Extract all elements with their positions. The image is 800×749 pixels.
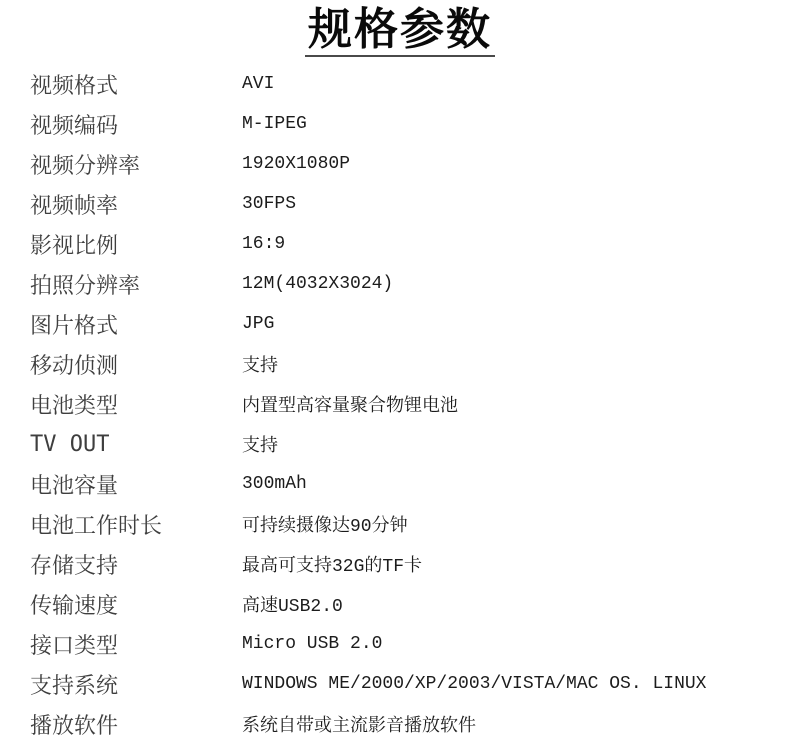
spec-row: 视频格式 AVI	[0, 64, 800, 104]
header: 规格参数	[0, 0, 800, 64]
spec-value: AVI	[242, 74, 274, 94]
spec-row: 移动侦测 支持	[0, 344, 800, 384]
spec-row: 电池工作时长 可持续摄像达90分钟	[0, 504, 800, 544]
spec-label: 移动侦测	[30, 349, 242, 380]
spec-label: 存储支持	[30, 549, 242, 580]
spec-value: 系统自带或主流影音播放软件	[242, 711, 476, 737]
spec-row: 视频帧率 30FPS	[0, 184, 800, 224]
spec-row: 支持系统 WINDOWS ME/2000/XP/2003/VISTA/MAC O…	[0, 664, 800, 704]
spec-value: 支持	[242, 351, 278, 377]
spec-value: JPG	[242, 314, 274, 334]
spec-row: 电池容量 300mAh	[0, 464, 800, 504]
spec-sheet-page: 规格参数 视频格式 AVI 视频编码 M-IPEG 视频分辨率 1920X108…	[0, 0, 800, 749]
spec-value: 内置型高容量聚合物锂电池	[242, 391, 458, 417]
spec-row: 图片格式 JPG	[0, 304, 800, 344]
spec-label: 视频分辨率	[30, 149, 242, 180]
page-title: 规格参数	[305, 6, 495, 57]
spec-label: 支持系统	[30, 669, 242, 700]
spec-label: 传输速度	[30, 589, 242, 620]
spec-label: 电池工作时长	[30, 509, 242, 540]
spec-value: 12M(4032X3024)	[242, 274, 393, 294]
spec-row: 电池类型 内置型高容量聚合物锂电池	[0, 384, 800, 424]
spec-row: 视频编码 M-IPEG	[0, 104, 800, 144]
spec-label: 视频编码	[30, 109, 242, 140]
spec-label: 影视比例	[30, 229, 242, 260]
spec-label: 视频帧率	[30, 189, 242, 220]
spec-value: 高速USB2.0	[242, 591, 343, 617]
spec-value: 1920X1080P	[242, 154, 350, 174]
spec-value: WINDOWS ME/2000/XP/2003/VISTA/MAC OS. LI…	[242, 674, 706, 694]
spec-label: 拍照分辨率	[30, 269, 242, 300]
spec-value: 支持	[242, 431, 278, 457]
spec-row: 播放软件 系统自带或主流影音播放软件	[0, 704, 800, 744]
spec-label: 接口类型	[30, 629, 242, 660]
spec-value: 30FPS	[242, 194, 296, 214]
spec-row: 存储支持 最高可支持32G的TF卡	[0, 544, 800, 584]
spec-row: 拍照分辨率 12M(4032X3024)	[0, 264, 800, 304]
spec-label: 电池容量	[30, 469, 242, 500]
spec-value: M-IPEG	[242, 114, 307, 134]
spec-row: 视频分辨率 1920X1080P	[0, 144, 800, 184]
spec-row: TV OUT 支持	[0, 424, 800, 464]
spec-row: 接口类型 Micro USB 2.0	[0, 624, 800, 664]
spec-row: 影视比例 16:9	[0, 224, 800, 264]
spec-value: 最高可支持32G的TF卡	[242, 551, 422, 577]
spec-value: 16:9	[242, 234, 285, 254]
spec-value: 可持续摄像达90分钟	[242, 511, 408, 537]
spec-table: 视频格式 AVI 视频编码 M-IPEG 视频分辨率 1920X1080P 视频…	[0, 64, 800, 744]
spec-label: 图片格式	[30, 309, 242, 340]
spec-row: 传输速度 高速USB2.0	[0, 584, 800, 624]
spec-label: 视频格式	[30, 69, 242, 100]
spec-value: 300mAh	[242, 474, 307, 494]
spec-label: 电池类型	[30, 389, 242, 420]
spec-value: Micro USB 2.0	[242, 634, 382, 654]
spec-label: 播放软件	[30, 709, 242, 740]
spec-label: TV OUT	[30, 432, 242, 457]
